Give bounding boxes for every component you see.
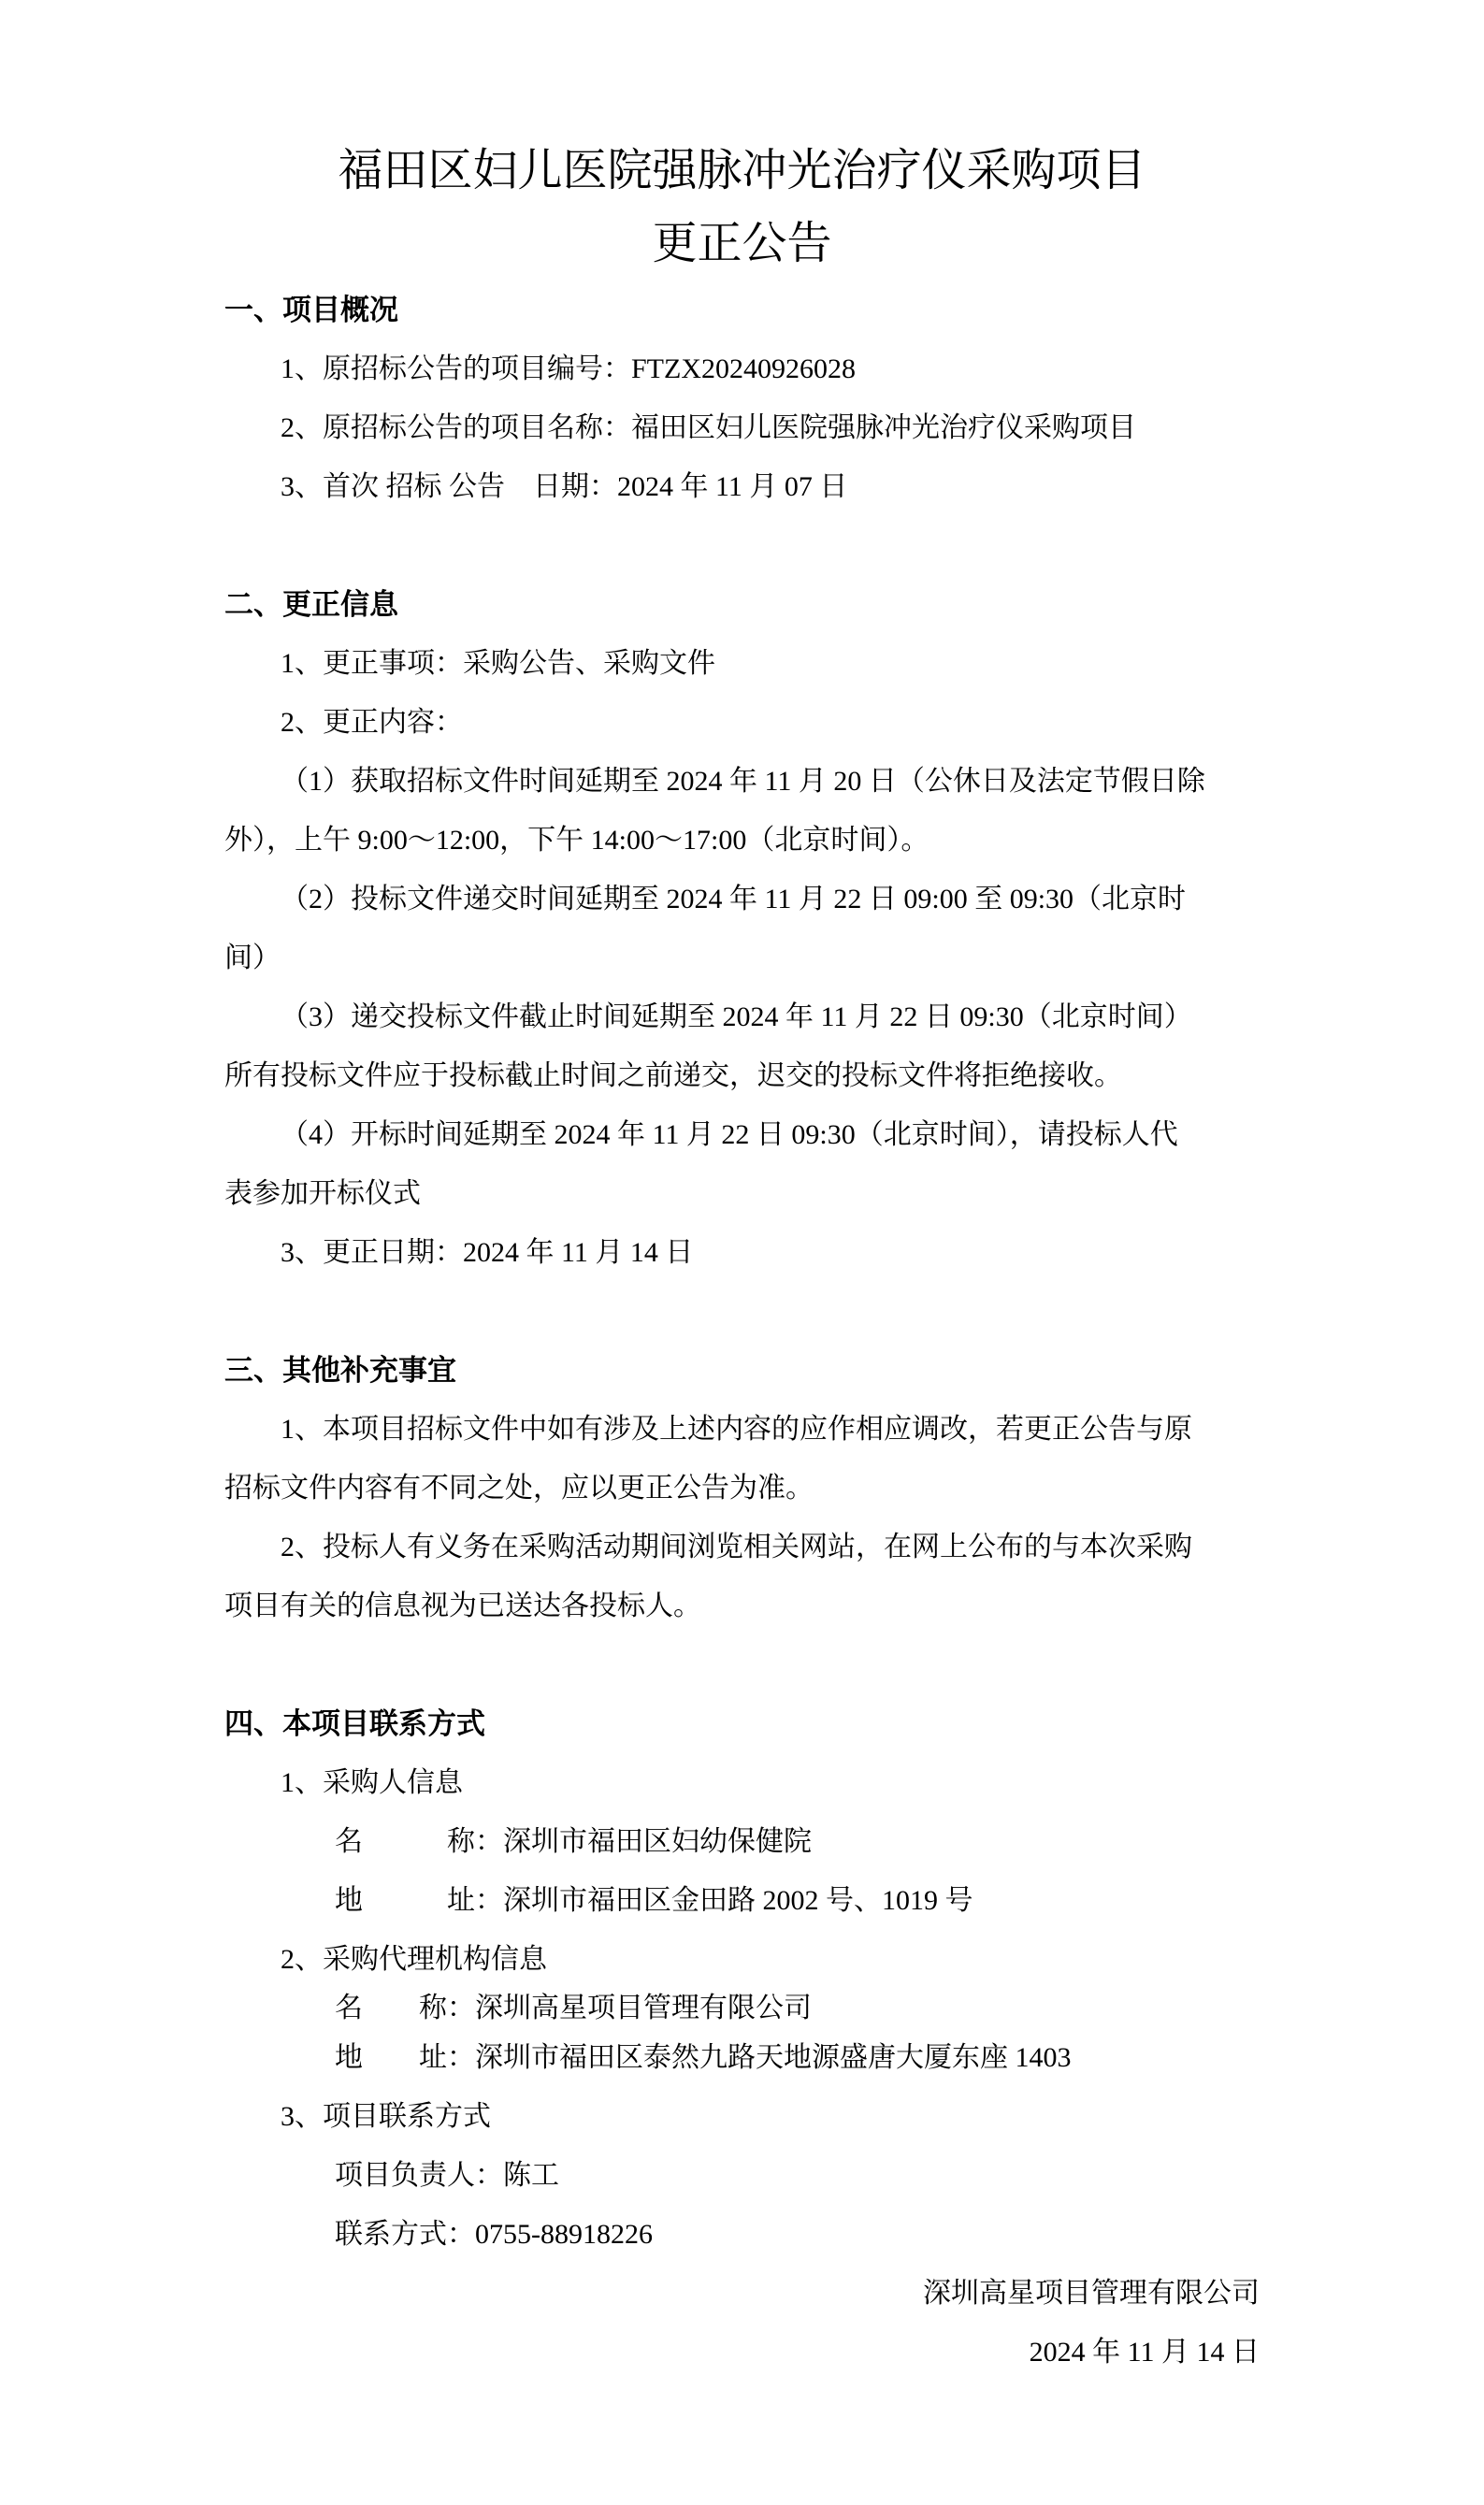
correction-1-line-2: 外），上午 9:00～12:00，下午 14:00～17:00（北京时间）。 — [224, 811, 1260, 870]
agent-name-line: 名 称：深圳高星项目管理有限公司 — [224, 1989, 1260, 2028]
original-project-number-line: 1、原招标公告的项目编号：FTZX20240926028 — [224, 339, 1260, 398]
document-title: 福田区妇儿医院强脉冲光治疗仪采购项目 — [224, 135, 1260, 208]
correction-3-line-2: 所有投标文件应于投标截止时间之前递交，迟交的投标文件将拒绝接收。 — [224, 1046, 1260, 1105]
correction-2-line-1: （2）投标文件递交时间延期至 2024 年 11 月 22 日 09:00 至 … — [224, 870, 1260, 929]
project-contact-label-line: 3、项目联系方式 — [224, 2087, 1260, 2146]
section-1-heading: 一、项目概况 — [224, 281, 1260, 339]
buyer-address-line: 地 址：深圳市福田区金田路 2002 号、1019 号 — [224, 1871, 1260, 1930]
buyer-info-label-line: 1、采购人信息 — [224, 1753, 1260, 1812]
correction-1-line-1: （1）获取招标文件时间延期至 2024 年 11 月 20 日（公休日及法定节假… — [224, 752, 1260, 811]
footer-company-line: 深圳高星项目管理有限公司 — [224, 2264, 1260, 2323]
document-subtitle: 更正公告 — [224, 208, 1260, 281]
section-3-heading: 三、其他补充事宜 — [224, 1341, 1260, 1400]
supplement-1-line-2: 招标文件内容有不同之处，应以更正公告为准。 — [224, 1459, 1260, 1518]
buyer-name-line: 名 称：深圳市福田区妇幼保健院 — [224, 1812, 1260, 1871]
correction-matters-line: 1、更正事项：采购公告、采购文件 — [224, 634, 1260, 693]
correction-4-line-1: （4）开标时间延期至 2024 年 11 月 22 日 09:30（北京时间），… — [224, 1105, 1260, 1164]
correction-2-line-2: 间） — [224, 929, 1260, 987]
original-project-name-line: 2、原招标公告的项目名称：福田区妇儿医院强脉冲光治疗仪采购项目 — [224, 398, 1260, 457]
project-manager-line: 项目负责人：陈工 — [224, 2146, 1260, 2205]
correction-4-line-2: 表参加开标仪式 — [224, 1164, 1260, 1223]
supplement-1-line-1: 1、本项目招标文件中如有涉及上述内容的应作相应调改，若更正公告与原 — [224, 1400, 1260, 1459]
footer-date-line: 2024 年 11 月 14 日 — [224, 2323, 1260, 2382]
first-announcement-date-line: 3、首次 招标 公告 日期：2024 年 11 月 07 日 — [224, 457, 1260, 516]
correction-date-line: 3、更正日期：2024 年 11 月 14 日 — [224, 1223, 1260, 1282]
section-2-heading: 二、更正信息 — [224, 575, 1260, 634]
agent-info-label-line: 2、采购代理机构信息 — [224, 1930, 1260, 1989]
correction-3-line-1: （3）递交投标文件截止时间延期至 2024 年 11 月 22 日 09:30（… — [224, 987, 1260, 1046]
section-4-heading: 四、本项目联系方式 — [224, 1694, 1260, 1753]
supplement-2-line-2: 项目有关的信息视为已送达各投标人。 — [224, 1576, 1260, 1635]
supplement-2-line-1: 2、投标人有义务在采购活动期间浏览相关网站，在网上公布的与本次采购 — [224, 1518, 1260, 1576]
contact-phone-line: 联系方式：0755-88918226 — [224, 2205, 1260, 2264]
agent-address-line: 地 址：深圳市福田区泰然九路天地源盛唐大厦东座 1403 — [224, 2028, 1260, 2087]
correction-content-label-line: 2、更正内容： — [224, 693, 1260, 752]
announcement-page: 福田区妇儿医院强脉冲光治疗仪采购项目 更正公告 一、项目概况 1、原招标公告的项… — [0, 0, 1484, 2505]
